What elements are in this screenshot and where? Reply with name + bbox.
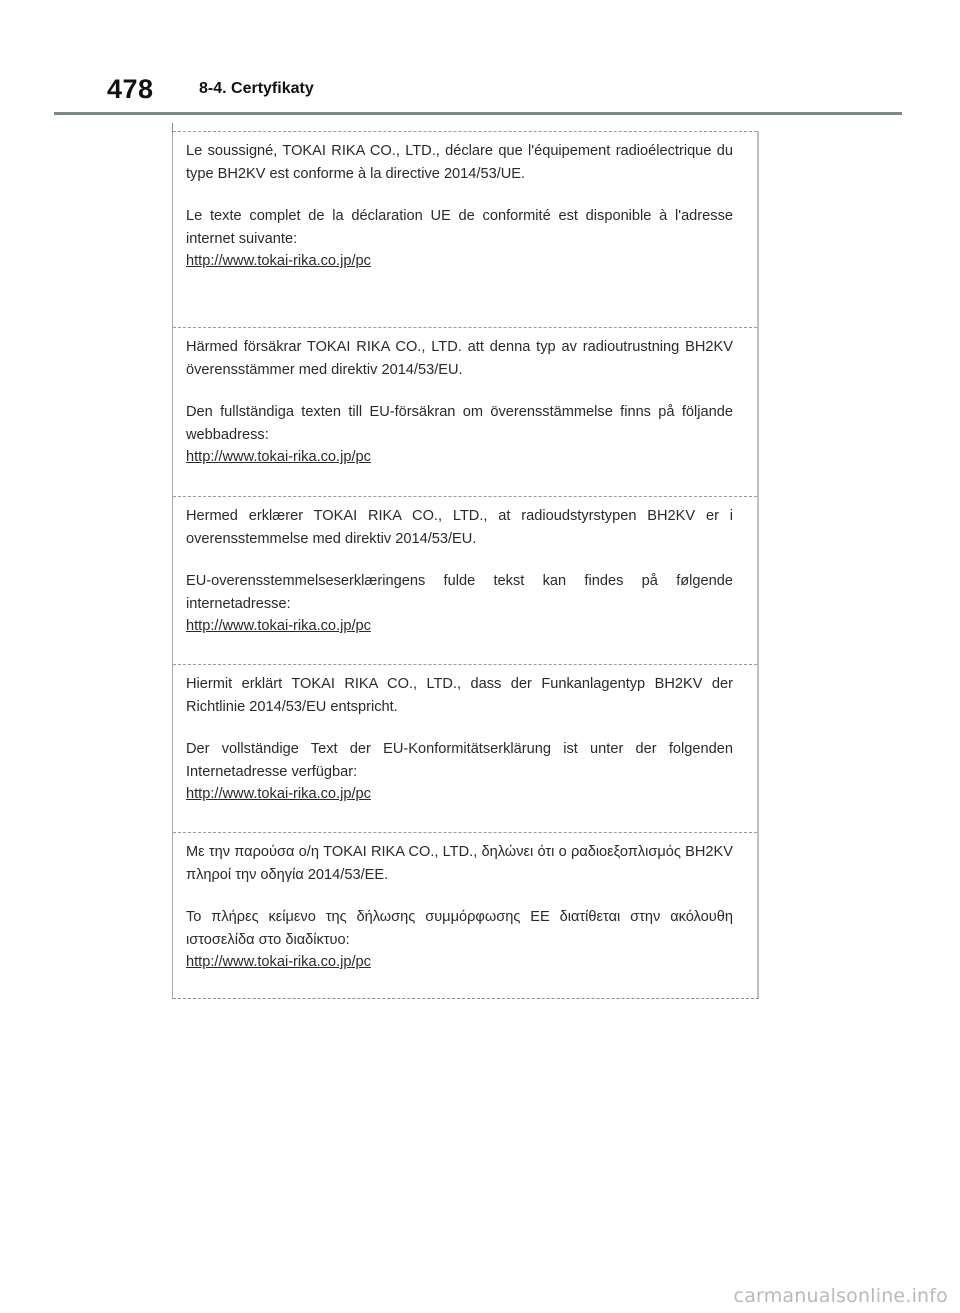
declaration-url-link[interactable]: http://www.tokai-rika.co.jp/pc [186, 615, 371, 638]
certificate-block-swedish: Härmed försäkrar TOKAI RIKA CO., LTD. at… [173, 327, 757, 496]
certificate-block-danish: Hermed erklærer TOKAI RIKA CO., LTD., at… [173, 496, 757, 664]
certificate-block-german: Hiermit erklärt TOKAI RIKA CO., LTD., da… [173, 664, 757, 832]
declaration-url-link[interactable]: http://www.tokai-rika.co.jp/pc [186, 250, 371, 273]
watermark: carmanualsonline.info [734, 1285, 948, 1307]
declaration-text: Hiermit erklärt TOKAI RIKA CO., LTD., da… [186, 673, 733, 718]
declaration-text: Härmed försäkrar TOKAI RIKA CO., LTD. at… [186, 336, 733, 381]
availability-text: EU-overensstemmelseserklæringens fulde t… [186, 570, 733, 615]
declaration-url-link[interactable]: http://www.tokai-rika.co.jp/pc [186, 951, 371, 974]
header-divider [54, 112, 902, 115]
declaration-text: Hermed erklærer TOKAI RIKA CO., LTD., at… [186, 505, 733, 550]
page-number: 478 [107, 74, 154, 105]
page-header: 478 8-4. Certyfikaty [0, 74, 960, 114]
availability-text: Den fullständiga texten till EU-försäkra… [186, 401, 733, 446]
declaration-text: Le soussigné, TOKAI RIKA CO., LTD., décl… [186, 140, 733, 185]
availability-text: Le texte complet de la déclaration UE de… [186, 205, 733, 250]
declaration-url-link[interactable]: http://www.tokai-rika.co.jp/pc [186, 446, 371, 469]
certificate-frame: Le soussigné, TOKAI RIKA CO., LTD., décl… [172, 131, 759, 999]
declaration-url-link[interactable]: http://www.tokai-rika.co.jp/pc [186, 783, 371, 806]
section-title: 8-4. Certyfikaty [199, 80, 314, 98]
certificate-block-french: Le soussigné, TOKAI RIKA CO., LTD., décl… [173, 131, 757, 327]
availability-text: Der vollständige Text der EU-Konformität… [186, 738, 733, 783]
certificate-block-greek: Με την παρούσα ο/η TOKAI RIKA CO., LTD.,… [173, 832, 757, 999]
availability-text: Το πλήρες κείμενο της δήλωσης συμμόρφωση… [186, 906, 733, 951]
declaration-text: Με την παρούσα ο/η TOKAI RIKA CO., LTD.,… [186, 841, 733, 886]
